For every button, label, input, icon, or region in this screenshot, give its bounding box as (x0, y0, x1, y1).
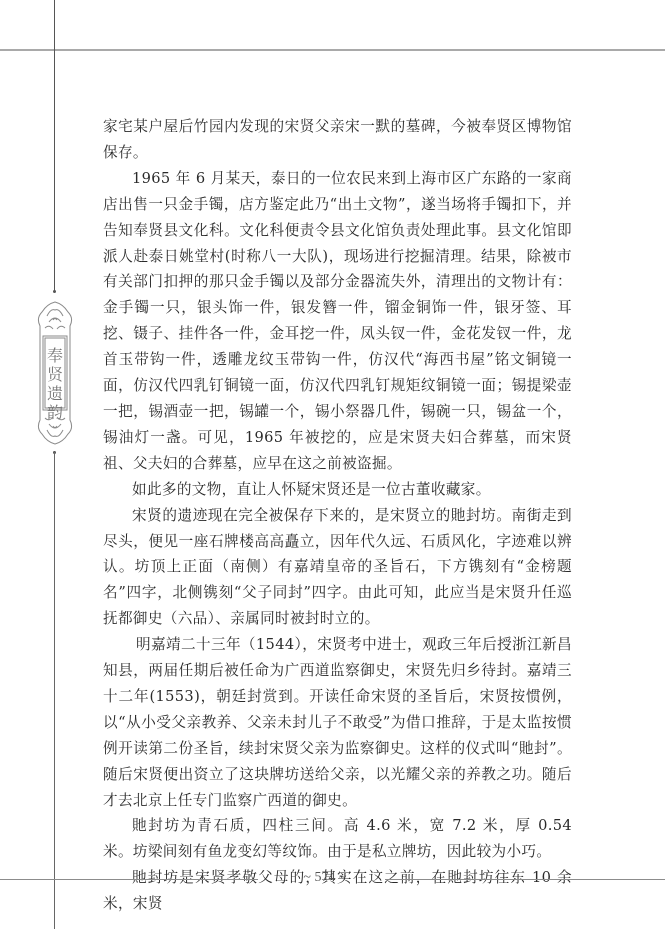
header-rule (0, 49, 665, 51)
section-title-char: 韵 (47, 403, 63, 422)
margin-vertical-rule-lower (54, 452, 55, 929)
footer-rule-left (0, 879, 258, 880)
paragraph: 宋贤的遗迹现在完全被保存下来的，是宋贤立的貤封坊。南街走到尽头，便见一座石牌楼高… (103, 503, 572, 633)
section-title-cartouche: 奉 贤 遗 韵 (33, 296, 77, 450)
paragraph: 貤封坊为青石质，四柱三间。高 4.6 米，宽 7.2 米，厚 0.54 米。坊梁… (103, 813, 572, 865)
page-number: ~ 574 ~ (270, 870, 380, 886)
margin-rule-dot-upper (53, 290, 56, 293)
margin-vertical-rule-upper (54, 0, 55, 292)
footer-rule-right (385, 879, 665, 880)
paragraph: 家宅某户屋后竹园内发现的宋贤父亲宋一默的墓碑，今被奉贤区博物馆保存。 (103, 114, 572, 166)
section-title: 奉 贤 遗 韵 (33, 346, 77, 422)
paragraph: 明嘉靖二十三年（1544），宋贤考中进士，观政三年后授浙江新昌知县，两届任期后被… (103, 632, 572, 813)
paragraph: 1965 年 6 月某天，泰日的一位农民来到上海市区广东路的一家商店出售一只金手… (103, 166, 572, 477)
section-title-char: 奉 (47, 346, 63, 365)
body-text: 家宅某户屋后竹园内发现的宋贤父亲宋一默的墓碑，今被奉贤区博物馆保存。 1965 … (103, 114, 572, 917)
paragraph: 如此多的文物，直让人怀疑宋贤还是一位古董收藏家。 (103, 477, 572, 503)
section-title-char: 遗 (47, 384, 63, 403)
section-title-char: 贤 (47, 365, 63, 384)
